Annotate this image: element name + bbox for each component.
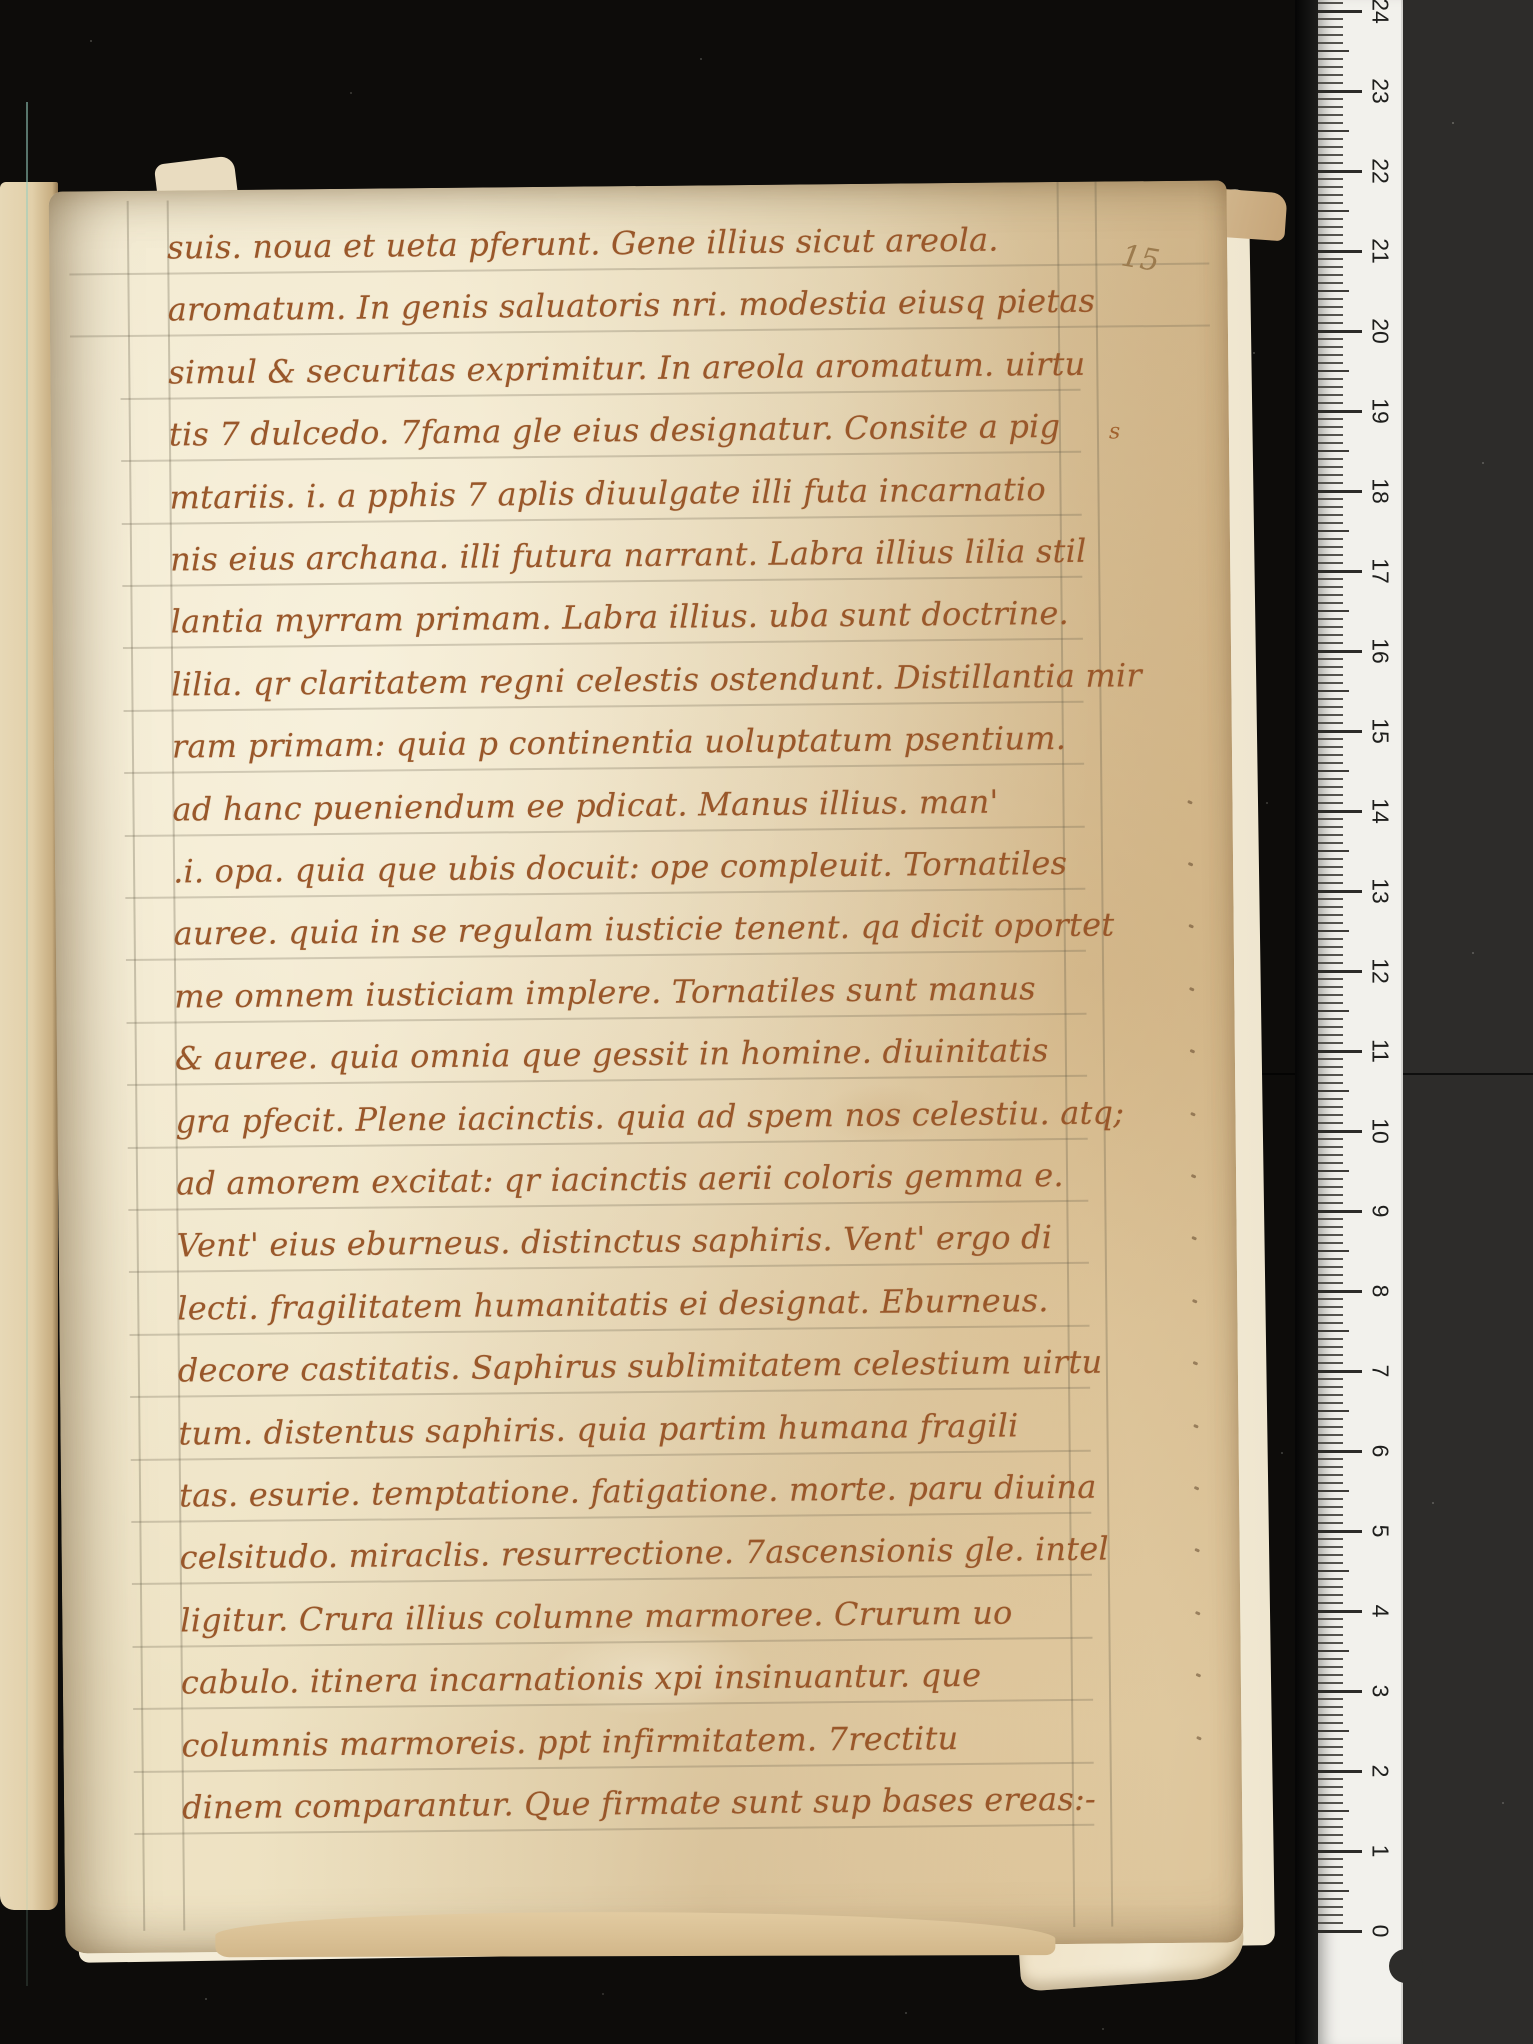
ruler-tick-mm	[1318, 314, 1343, 316]
ruler-tick-cm	[1318, 810, 1362, 813]
ruler-tick-mm	[1318, 794, 1343, 796]
ruler-tick-mm	[1318, 1426, 1343, 1428]
manuscript-line: ram primam: quia p continentia uoluptatu…	[172, 719, 1067, 766]
ruler-tick-cm	[1318, 1210, 1362, 1213]
ruler-tick-mm	[1318, 402, 1343, 404]
ruler-number: 24	[1367, 0, 1394, 24]
manuscript-line: me omnem iusticiam implere. Tornatiles s…	[174, 969, 1036, 1015]
ruler-tick-mm	[1318, 578, 1343, 580]
prick-hole	[1192, 1299, 1198, 1304]
ruler-number: 22	[1367, 158, 1394, 184]
ruler-tick-mm	[1318, 1914, 1343, 1916]
ruler-tick-mm	[1318, 1218, 1343, 1220]
ruler-tick-mm	[1318, 1314, 1343, 1316]
ruler-tick-mm	[1318, 1338, 1343, 1340]
ruler-tick-mm	[1318, 786, 1343, 788]
ruler-tick-mm	[1318, 978, 1343, 980]
ruler-tick-mm	[1318, 434, 1343, 436]
ruler-tick-mm	[1318, 1394, 1343, 1396]
ruler-tick-mm	[1318, 1082, 1343, 1084]
ruler-tick-half	[1318, 450, 1349, 452]
ruler-tick-mm	[1318, 42, 1343, 44]
prick-hole	[1191, 1236, 1197, 1241]
ruler-tick-half	[1318, 1490, 1349, 1492]
ruler-tick-mm	[1318, 1154, 1343, 1156]
ruler-tick-mm	[1318, 1282, 1343, 1284]
scanned-manuscript-photo: { "document": { "description": "Medieval…	[0, 0, 1533, 2044]
ruler-tick-mm	[1318, 882, 1343, 884]
ruler-tick-mm	[1318, 1578, 1343, 1580]
ruler-number: 16	[1367, 638, 1394, 664]
prick-hole	[1193, 1423, 1199, 1428]
ruler-tick-mm	[1318, 1434, 1343, 1436]
ruler-tick-mm	[1318, 818, 1343, 820]
ruler-tick-mm	[1318, 242, 1343, 244]
ruler-tick-mm	[1318, 1658, 1343, 1660]
ruler-number: 19	[1367, 398, 1394, 424]
prick-hole	[1194, 1548, 1200, 1553]
ruler-number: 23	[1367, 78, 1394, 104]
ruler-tick-mm	[1318, 178, 1343, 180]
ruler-tick-mm	[1318, 194, 1343, 196]
ruler-tick-mm	[1318, 1378, 1343, 1380]
ruler-tick-mm	[1318, 1506, 1343, 1508]
ruler-tick-mm	[1318, 874, 1343, 876]
ruler-tick-mm	[1318, 618, 1343, 620]
ruler-tick-cm	[1318, 1530, 1362, 1533]
ruler-tick-mm	[1318, 514, 1343, 516]
ruler-tick-cm	[1318, 570, 1362, 573]
ruler-tick-half	[1318, 930, 1349, 932]
ruler-number: 10	[1367, 1118, 1394, 1144]
ruler-tick-mm	[1318, 506, 1343, 508]
manuscript-line: dinem comparantur. Que firmate sunt sup …	[182, 1780, 1096, 1827]
ruler-tick-mm	[1318, 98, 1343, 100]
ruler-tick-mm	[1318, 1386, 1343, 1388]
ruler-tick-cm	[1318, 250, 1362, 253]
ruler-tick-mm	[1318, 306, 1343, 308]
ruler-tick-mm	[1318, 1714, 1343, 1716]
manuscript-page: suis. noua et ueta pferunt. Gene illius …	[49, 180, 1244, 1953]
ruler-tick-mm	[1318, 234, 1343, 236]
prick-hole	[1195, 1673, 1201, 1678]
ruler-tick-cm	[1318, 1130, 1362, 1133]
ruler-number: 0	[1367, 1925, 1394, 1938]
ruler-tick-half	[1318, 850, 1349, 852]
ruler-tick-mm	[1318, 778, 1343, 780]
ruler-tick-mm	[1318, 1162, 1343, 1164]
ruler-tick-mm	[1318, 1122, 1343, 1124]
ruler-tick-mm	[1318, 1898, 1343, 1900]
ruler-tick-mm	[1318, 282, 1343, 284]
ruler-tick-half	[1318, 1890, 1349, 1892]
ruler-tick-mm	[1318, 1554, 1343, 1556]
ruler-tick-mm	[1318, 1514, 1343, 1516]
ruler-tick-mm	[1318, 1018, 1343, 1020]
ruler-tick-mm	[1318, 586, 1343, 588]
ruler-number: 14	[1367, 798, 1394, 824]
page-bottom-curl	[215, 1911, 1055, 1957]
ruler-tick-half	[1318, 370, 1349, 372]
ruler-tick-cm	[1318, 1770, 1362, 1773]
ruler-tick-cm	[1318, 1370, 1362, 1373]
ruler-number: 4	[1367, 1605, 1394, 1618]
ruler-tick-mm	[1318, 1474, 1343, 1476]
ruler-tick-mm	[1318, 1418, 1343, 1420]
ruler-tick-mm	[1318, 522, 1343, 524]
ruler-tick-half	[1318, 1170, 1349, 1172]
ruler-tick-mm	[1318, 1722, 1343, 1724]
ruler-tick-mm	[1318, 706, 1343, 708]
ruler-tick-mm	[1318, 834, 1343, 836]
ruler-tick-mm	[1318, 1858, 1343, 1860]
manuscript-line: gra pfecit. Plene iacinctis. quia ad spe…	[175, 1093, 1124, 1140]
ruler-tick-mm	[1318, 714, 1343, 716]
ruler-tick-half	[1318, 1330, 1349, 1332]
prick-hole	[1189, 1049, 1195, 1054]
ruler-number: 2	[1367, 1765, 1394, 1778]
ruler-tick-mm	[1318, 1178, 1343, 1180]
ruler-tick-cm	[1318, 1290, 1362, 1293]
ruler-tick-mm	[1318, 122, 1343, 124]
ruler-tick-mm	[1318, 1586, 1343, 1588]
ruler-tick-mm	[1318, 1298, 1343, 1300]
ruler-tick-mm	[1318, 1466, 1343, 1468]
ruler-tick-mm	[1318, 1498, 1343, 1500]
ruler-tick-half	[1318, 130, 1349, 132]
ruler-number: 20	[1367, 318, 1394, 344]
ruler-tick-mm	[1318, 634, 1343, 636]
centimeter-ruler: 0123456789101112131415161718192021222324	[1318, 0, 1403, 2044]
ruler-tick-mm	[1318, 1618, 1343, 1620]
ruler-tick-mm	[1318, 946, 1343, 948]
ruler-tick-mm	[1318, 1666, 1343, 1668]
ruler-tick-mm	[1318, 1058, 1343, 1060]
ruler-tick-mm	[1318, 1322, 1343, 1324]
glass-edge-line	[26, 102, 28, 1986]
ruler-tick-mm	[1318, 258, 1343, 260]
ruler-tick-mm	[1318, 1802, 1343, 1804]
ruler-tick-cm	[1318, 10, 1362, 13]
ruler-tick-half	[1318, 530, 1349, 532]
ruler-tick-mm	[1318, 1258, 1343, 1260]
ruler-tick-mm	[1318, 18, 1343, 20]
prick-hole	[1188, 924, 1194, 929]
facing-page-edge	[0, 182, 58, 1910]
ruler-tick-mm	[1318, 1234, 1343, 1236]
ruler-tick-mm	[1318, 1786, 1343, 1788]
dust-specks	[0, 0, 2, 2]
ruler-tick-mm	[1318, 1034, 1343, 1036]
ruler-tick-half	[1318, 610, 1349, 612]
ruler-tick-mm	[1318, 154, 1343, 156]
ruler-tick-mm	[1318, 378, 1343, 380]
ruler-tick-mm	[1318, 1202, 1343, 1204]
manuscript-line: & auree. quia omnia que gessit in homine…	[175, 1031, 1049, 1077]
manuscript-line: .i. opa. quia que ubis docuit: ope compl…	[173, 844, 1067, 891]
ruler-tick-mm	[1318, 1402, 1343, 1404]
ruler-number: 15	[1367, 718, 1394, 744]
ruler-tick-mm	[1318, 202, 1343, 204]
ruler-number: 8	[1367, 1285, 1394, 1298]
ruler-tick-mm	[1318, 746, 1343, 748]
ruler-tick-half	[1318, 1250, 1349, 1252]
manuscript-line: simul & securitas exprimitur. In areola …	[168, 345, 1085, 392]
ruler-tick-mm	[1318, 1626, 1343, 1628]
ruler-tick-mm	[1318, 418, 1343, 420]
ruler-tick-cm	[1318, 170, 1362, 173]
manuscript-line: lantia myrram primam. Labra illius. uba …	[171, 594, 1070, 641]
ruler-number: 5	[1367, 1525, 1394, 1538]
ruler-tick-mm	[1318, 426, 1343, 428]
ruler-tick-mm	[1318, 826, 1343, 828]
ruler-tick-mm	[1318, 1754, 1343, 1756]
prick-hole	[1191, 1174, 1197, 1179]
manuscript-line: Vent' eius eburneus. distinctus saphiris…	[177, 1219, 1053, 1265]
ruler-tick-mm	[1318, 1834, 1343, 1836]
ruler-tick-cm	[1318, 410, 1362, 413]
ruler-number: 21	[1367, 238, 1394, 264]
ruler-tick-cm	[1318, 650, 1362, 653]
ruler-number: 17	[1367, 558, 1394, 584]
ruler-tick-mm	[1318, 722, 1343, 724]
ruler-tick-mm	[1318, 1042, 1343, 1044]
ruler-tick-mm	[1318, 186, 1343, 188]
ruler-tick-half	[1318, 1410, 1349, 1412]
ruler-tick-cm	[1318, 490, 1362, 493]
ruler-tick-mm	[1318, 74, 1343, 76]
ruler-tick-mm	[1318, 482, 1343, 484]
manuscript-line: nis eius archana. illi futura narrant. L…	[170, 532, 1087, 579]
ruler-tick-mm	[1318, 1242, 1343, 1244]
manuscript-line: celsitudo. miraclis. resurrectione. 7asc…	[180, 1530, 1110, 1577]
ruler-tick-mm	[1318, 394, 1343, 396]
margin-correction-note: s	[1109, 419, 1121, 444]
ruler-number: 18	[1367, 478, 1394, 504]
ruler-tick-half	[1318, 1730, 1349, 1732]
ruler-tick-cm	[1318, 330, 1362, 333]
ruler-tick-mm	[1318, 754, 1343, 756]
prick-hole	[1192, 1361, 1198, 1366]
manuscript-line: suis. noua et ueta pferunt. Gene illius …	[167, 221, 999, 267]
ruler-number: 7	[1367, 1365, 1394, 1378]
prick-hole	[1196, 1735, 1202, 1740]
ruler-tick-mm	[1318, 738, 1343, 740]
ruler-tick-mm	[1318, 1634, 1343, 1636]
manuscript-line: tas. esurie. temptatione. fatigatione. m…	[179, 1468, 1097, 1515]
ruler-tick-mm	[1318, 1546, 1343, 1548]
ruler-tick-mm	[1318, 1306, 1343, 1308]
ruler-tick-mm	[1318, 458, 1343, 460]
ruler-tick-mm	[1318, 1186, 1343, 1188]
ruler-tick-mm	[1318, 866, 1343, 868]
ruler-tick-mm	[1318, 538, 1343, 540]
ruler-tick-half	[1318, 290, 1349, 292]
ruler-tick-mm	[1318, 298, 1343, 300]
ruler-number: 12	[1367, 958, 1394, 984]
ruler-tick-cm	[1318, 90, 1362, 93]
ruler-tick-half	[1318, 1570, 1349, 1572]
folio-number: 15	[1119, 238, 1162, 279]
ruler-tick-mm	[1318, 58, 1343, 60]
ruler-tick-mm	[1318, 762, 1343, 764]
ruler-number: 3	[1367, 1685, 1394, 1698]
ruler-tick-mm	[1318, 562, 1343, 564]
ruler-tick-mm	[1318, 954, 1343, 956]
ruler-tick-mm	[1318, 146, 1343, 148]
ruler-tick-mm	[1318, 626, 1343, 628]
ruler-tick-mm	[1318, 1562, 1343, 1564]
ruler-tick-mm	[1318, 1362, 1343, 1364]
ruler-tick-mm	[1318, 682, 1343, 684]
ruler-tick-half	[1318, 210, 1349, 212]
ruler-tick-mm	[1318, 2, 1343, 4]
ruler-tick-mm	[1318, 1866, 1343, 1868]
ruler-tick-mm	[1318, 1138, 1343, 1140]
ruler-tick-mm	[1318, 274, 1343, 276]
manuscript-line: ad hanc pueniendum ee pdicat. Manus illi…	[172, 782, 998, 828]
ruler-tick-cm	[1318, 1050, 1362, 1053]
ruler-tick-mm	[1318, 1794, 1343, 1796]
ruler-tick-cm	[1318, 970, 1362, 973]
manuscript-line: cabulo. itinera incarnationis xpi insinu…	[181, 1656, 982, 1702]
ruler-tick-mm	[1318, 354, 1343, 356]
ruler-number: 11	[1367, 1039, 1394, 1063]
ruler-tick-half	[1318, 1810, 1349, 1812]
ruler-tick-mm	[1318, 1826, 1343, 1828]
ruler-tick-mm	[1318, 1266, 1343, 1268]
ruler-tick-mm	[1318, 1346, 1343, 1348]
ruler-tick-half	[1318, 1650, 1349, 1652]
ruler-tick-mm	[1318, 1066, 1343, 1068]
ruler-tick-mm	[1318, 1922, 1343, 1924]
manuscript-line: columnis marmoreis. ppt infirmitatem. 7r…	[181, 1719, 958, 1764]
ruler-tick-mm	[1318, 938, 1343, 940]
ruler-tick-mm	[1318, 642, 1343, 644]
prick-hole	[1187, 799, 1193, 804]
ruler-tick-mm	[1318, 1482, 1343, 1484]
ruler-tick-mm	[1318, 498, 1343, 500]
ruler-tick-cm	[1318, 1450, 1362, 1453]
prick-hole	[1188, 862, 1194, 867]
ruler-tick-mm	[1318, 1274, 1343, 1276]
ruler-tick-mm	[1318, 994, 1343, 996]
ruler-number: 13	[1367, 878, 1394, 904]
ruler-tick-mm	[1318, 1642, 1343, 1644]
ruler-tick-mm	[1318, 858, 1343, 860]
ruler-tick-half	[1318, 50, 1349, 52]
ruler-tick-mm	[1318, 114, 1343, 116]
ruler-tick-cm	[1318, 1690, 1362, 1693]
ruler-tick-mm	[1318, 1818, 1343, 1820]
ruler-tick-mm	[1318, 1226, 1343, 1228]
manuscript-line: decore castitatis. Saphirus sublimitatem…	[178, 1343, 1103, 1390]
ruler-tick-half	[1318, 770, 1349, 772]
ruler-notch	[1389, 1949, 1423, 1983]
ruler-tick-mm	[1318, 106, 1343, 108]
ruler-tick-mm	[1318, 1778, 1343, 1780]
ruler-tick-cm	[1318, 1610, 1362, 1613]
manuscript-line: mtariis. i. a pphis 7 aplis diuulgate il…	[169, 470, 1046, 516]
manuscript-line: tis 7 dulcedo. 7fama gle eius designatur…	[169, 407, 1061, 454]
ruler-tick-mm	[1318, 66, 1343, 68]
ruler-tick-mm	[1318, 1762, 1343, 1764]
ruler-number: 9	[1367, 1205, 1394, 1218]
ruler-tick-mm	[1318, 1114, 1343, 1116]
ruler-number: 6	[1367, 1445, 1394, 1458]
ruler-tick-mm	[1318, 474, 1343, 476]
ruler-tick-mm	[1318, 1146, 1343, 1148]
ruler-tick-cm	[1318, 1850, 1362, 1853]
manuscript-line: ad amorem excitat: qr iacinctis aerii co…	[176, 1156, 1064, 1203]
ruler-tick-mm	[1318, 346, 1343, 348]
ruler-tick-mm	[1318, 1194, 1343, 1196]
ruler-tick-mm	[1318, 546, 1343, 548]
ruler-tick-mm	[1318, 1602, 1343, 1604]
ruler-tick-mm	[1318, 442, 1343, 444]
ruler-tick-mm	[1318, 226, 1343, 228]
ruler-tick-mm	[1318, 554, 1343, 556]
ruler-tick-mm	[1318, 1002, 1343, 1004]
ruler-tick-mm	[1318, 1594, 1343, 1596]
ruler-dark-edge	[1295, 0, 1318, 2044]
ruler-tick-mm	[1318, 914, 1343, 916]
manuscript-line: aromatum. In genis saluatoris nri. modes…	[168, 282, 1096, 329]
prick-hole	[1189, 987, 1195, 992]
ruler-tick-mm	[1318, 34, 1343, 36]
ruler-tick-mm	[1318, 922, 1343, 924]
ruler-tick-mm	[1318, 666, 1343, 668]
manuscript-line: ligitur. Crura illius columne marmoree. …	[180, 1593, 1013, 1639]
ruler-tick-mm	[1318, 362, 1343, 364]
prick-hole	[1195, 1611, 1201, 1616]
prick-hole	[1190, 1111, 1196, 1116]
ruler-tick-mm	[1318, 466, 1343, 468]
ruler-tick-mm	[1318, 1538, 1343, 1540]
ruler-tick-mm	[1318, 962, 1343, 964]
ruler-tick-mm	[1318, 386, 1343, 388]
manuscript-line: lecti. fragilitatem humanitatis ei desig…	[177, 1281, 1049, 1327]
ruler-tick-cm	[1318, 890, 1362, 893]
ruler-tick-cm	[1318, 1930, 1362, 1933]
ruler-tick-mm	[1318, 1738, 1343, 1740]
ruler-tick-mm	[1318, 1106, 1343, 1108]
ruler-tick-mm	[1318, 1906, 1343, 1908]
ruler-tick-mm	[1318, 26, 1343, 28]
ruler-tick-mm	[1318, 1682, 1343, 1684]
manuscript-line: auree. quia in se regulam iusticie tenen…	[174, 906, 1115, 953]
ruler-tick-mm	[1318, 218, 1343, 220]
ruler-tick-mm	[1318, 82, 1343, 84]
ruler-tick-mm	[1318, 1098, 1343, 1100]
ruler-tick-mm	[1318, 1882, 1343, 1884]
ruler-tick-mm	[1318, 138, 1343, 140]
ruler-tick-mm	[1318, 338, 1343, 340]
ruler-tick-half	[1318, 690, 1349, 692]
scanner-bed-gray	[1403, 0, 1533, 2044]
ruler-tick-mm	[1318, 1074, 1343, 1076]
ruler-tick-mm	[1318, 986, 1343, 988]
manuscript-line: tum. distentus saphiris. quia partim hum…	[178, 1406, 1018, 1452]
manuscript-line: lilia. qr claritatem regni celestis oste…	[171, 656, 1142, 703]
ruler-tick-mm	[1318, 1874, 1343, 1876]
ruler-number: 1	[1367, 1845, 1394, 1858]
ruler-tick-mm	[1318, 842, 1343, 844]
ruler-tick-mm	[1318, 898, 1343, 900]
ruler-tick-mm	[1318, 674, 1343, 676]
ruler-tick-mm	[1318, 1522, 1343, 1524]
ruler-tick-mm	[1318, 1442, 1343, 1444]
